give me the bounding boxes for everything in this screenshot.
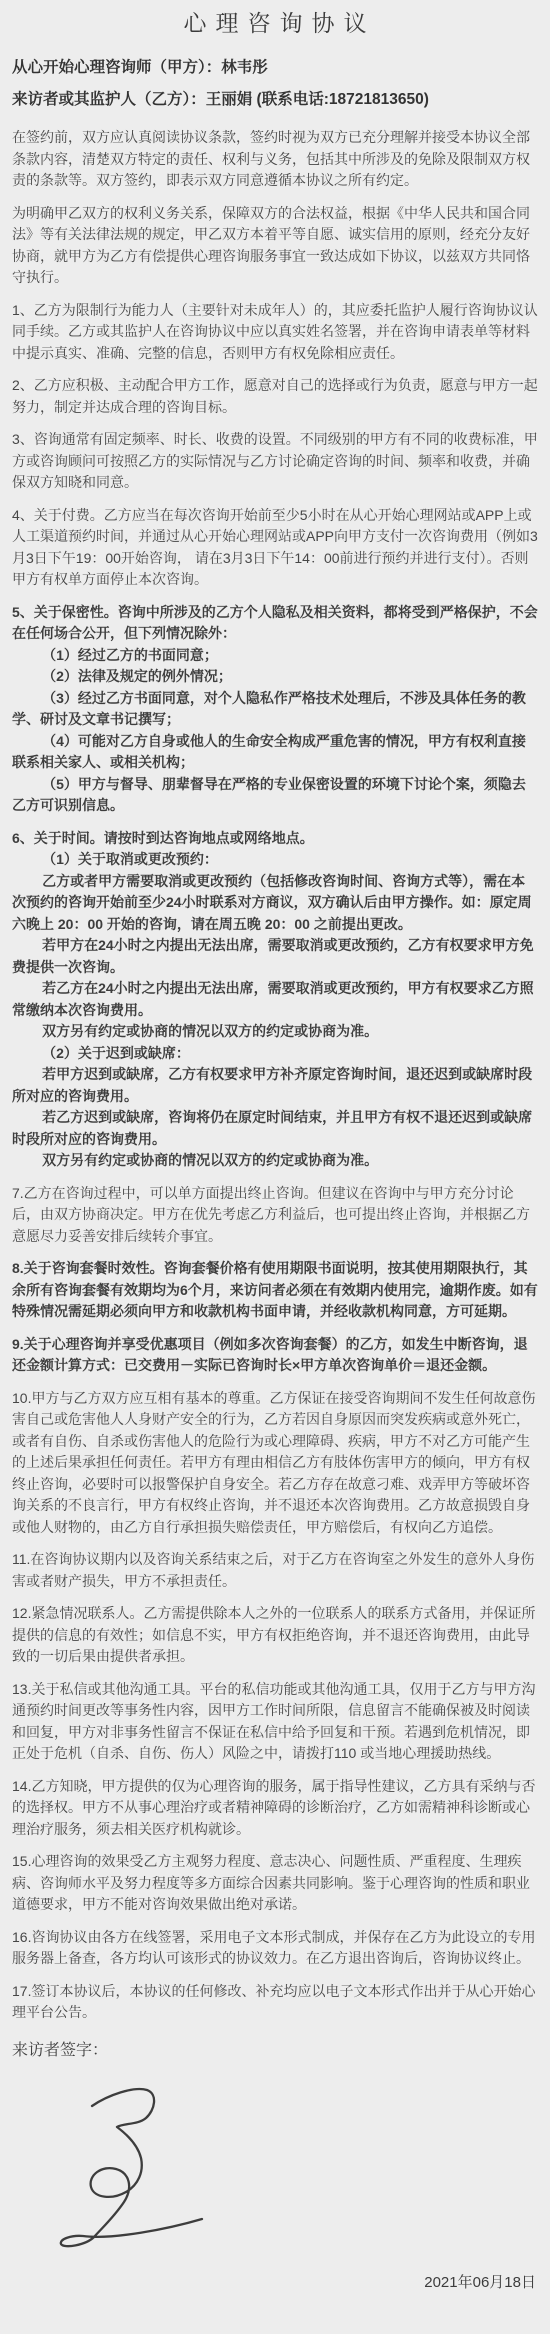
agreement-body: 在签约前，双方应认真阅读协议条款，签约时视为双方已充分理解并接受本协议全部条款内… xyxy=(12,127,538,2024)
agreement-paragraph: （2）关于迟到或缺席： xyxy=(12,1043,538,1065)
agreement-paragraph: 14.乙方知晓，甲方提供的仅为心理咨询的服务，属于指导性建议，乙方具有采纳与否的… xyxy=(12,1776,538,1841)
party-b-line: 来访者或其监护人（乙方）：王丽娟 (联系电话:18721813650) xyxy=(12,84,538,116)
agreement-paragraph: 若甲方迟到或缺席，乙方有权要求甲方补齐原定咨询时间，退还迟到或缺席时段所对应的咨… xyxy=(12,1064,538,1107)
agreement-paragraph: 5、关于保密性。咨询中所涉及的乙方个人隐私及相关资料，都将受到严格保护，不会在任… xyxy=(12,602,538,645)
agreement-paragraph: 双方另有约定或协商的情况以双方的约定或协商为准。 xyxy=(12,1021,538,1043)
agreement-paragraph: （3）经过乙方书面同意，对个人隐私作严格技术处理后，不涉及具体任务的教学、研讨及… xyxy=(12,688,538,731)
agreement-paragraph: （1）经过乙方的书面同意； xyxy=(12,645,538,667)
agreement-paragraph: 7.乙方在咨询过程中，可以单方面提出终止咨询。但建议在咨询中与甲方充分讨论后，由… xyxy=(12,1183,538,1248)
signature-label: 来访者签字： xyxy=(12,2040,538,2062)
agreement-paragraph: 3、咨询通常有固定频率、时长、收费的设置。不同级别的甲方有不同的收费标准，甲方或… xyxy=(12,429,538,494)
agreement-paragraph: 在签约前，双方应认真阅读协议条款，签约时视为双方已充分理解并接受本协议全部条款内… xyxy=(12,127,538,192)
agreement-paragraph: （2）法律及规定的例外情况； xyxy=(12,666,538,688)
agreement-paragraph: 若乙方在24小时之内提出无法出席，需要取消或更改预约，甲方有权要求乙方照常缴纳本… xyxy=(12,978,538,1021)
agreement-paragraph: 17.签订本协议后，本协议的任何修改、补充均应以电子文本形式作出并于从心开始心理… xyxy=(12,1981,538,2024)
agreement-paragraph: （5）甲方与督导、朋辈督导在严格的专业保密设置的环境下讨论个案，须隐去乙方可识别… xyxy=(12,774,538,817)
agreement-paragraph: 1、乙方为限制行为能力人（主要针对未成年人）的，其应委托监护人履行咨询协议认同手… xyxy=(12,300,538,365)
handwritten-signature xyxy=(50,2068,210,2248)
agreement-paragraph: 11.在咨询协议期内以及咨询关系结束之后，对于乙方在咨询室之外发生的意外人身伤害… xyxy=(12,1549,538,1592)
agreement-paragraph: 若乙方迟到或缺席，咨询将仍在原定时间结束，并且甲方有权不退还迟到或缺席时段所对应… xyxy=(12,1107,538,1150)
agreement-paragraph: 13.关于私信或其他沟通工具。平台的私信功能或其他沟通工具，仅用于乙方与甲方沟通… xyxy=(12,1679,538,1765)
agreement-paragraph: 15.心理咨询的效果受乙方主观努力程度、意志决心、问题性质、严重程度、生理疾病、… xyxy=(12,1851,538,1916)
agreement-paragraph: 9.关于心理咨询并享受优惠项目（例如多次咨询套餐）的乙方，如发生中断咨询，退还金… xyxy=(12,1334,538,1377)
date-text: 2021年06月18日 xyxy=(12,2272,538,2294)
page-title: 心理咨询协议 xyxy=(12,6,538,38)
agreement-paragraph: 2、乙方应积极、主动配合甲方工作，愿意对自己的选择或行为负责，愿意与甲方一起努力… xyxy=(12,375,538,418)
agreement-paragraph: 为明确甲乙双方的权利义务关系，保障双方的合法权益，根据《中华人民共和国合同法》等… xyxy=(12,203,538,289)
agreement-paragraph: 若甲方在24小时之内提出无法出席，需要取消或更改预约，乙方有权要求甲方免费提供一… xyxy=(12,935,538,978)
agreement-document: 心理咨询协议 从心开始心理咨询师（甲方）：林韦彤 来访者或其监护人（乙方）：王丽… xyxy=(0,0,550,2334)
agreement-paragraph: 10.甲方与乙方双方应互相有基本的尊重。乙方保证在接受咨询期间不发生任何故意伤害… xyxy=(12,1388,538,1539)
agreement-paragraph: （1）关于取消或更改预约： xyxy=(12,849,538,871)
agreement-paragraph: 8.关于咨询套餐时效性。咨询套餐价格有使用期限书面说明，按其使用期限执行，其余所… xyxy=(12,1258,538,1323)
agreement-paragraph: 6、关于时间。请按时到达咨询地点或网络地点。 xyxy=(12,828,538,850)
party-a-line: 从心开始心理咨询师（甲方）：林韦彤 xyxy=(12,52,538,84)
agreement-paragraph: 16.咨询协议由各方在线签署，采用电子文本形式制成，并保存在乙方为此设立的专用服… xyxy=(12,1927,538,1970)
signature-image xyxy=(50,2068,210,2248)
agreement-paragraph: 乙方或者甲方需要取消或更改预约（包括修改咨询时间、咨询方式等），需在本次预约的咨… xyxy=(12,871,538,936)
agreement-paragraph: 双方另有约定或协商的情况以双方的约定或协商为准。 xyxy=(12,1150,538,1172)
agreement-paragraph: 4、关于付费。乙方应当在每次咨询开始前至少5小时在从心开始心理网站或APP上或人… xyxy=(12,505,538,591)
agreement-paragraph: （4）可能对乙方自身或他人的生命安全构成严重危害的情况，甲方有权利直接联系相关家… xyxy=(12,731,538,774)
agreement-paragraph: 12.紧急情况联系人。乙方需提供除本人之外的一位联系人的联系方式备用，并保证所提… xyxy=(12,1603,538,1668)
parties-section: 从心开始心理咨询师（甲方）：林韦彤 来访者或其监护人（乙方）：王丽娟 (联系电话… xyxy=(12,52,538,116)
